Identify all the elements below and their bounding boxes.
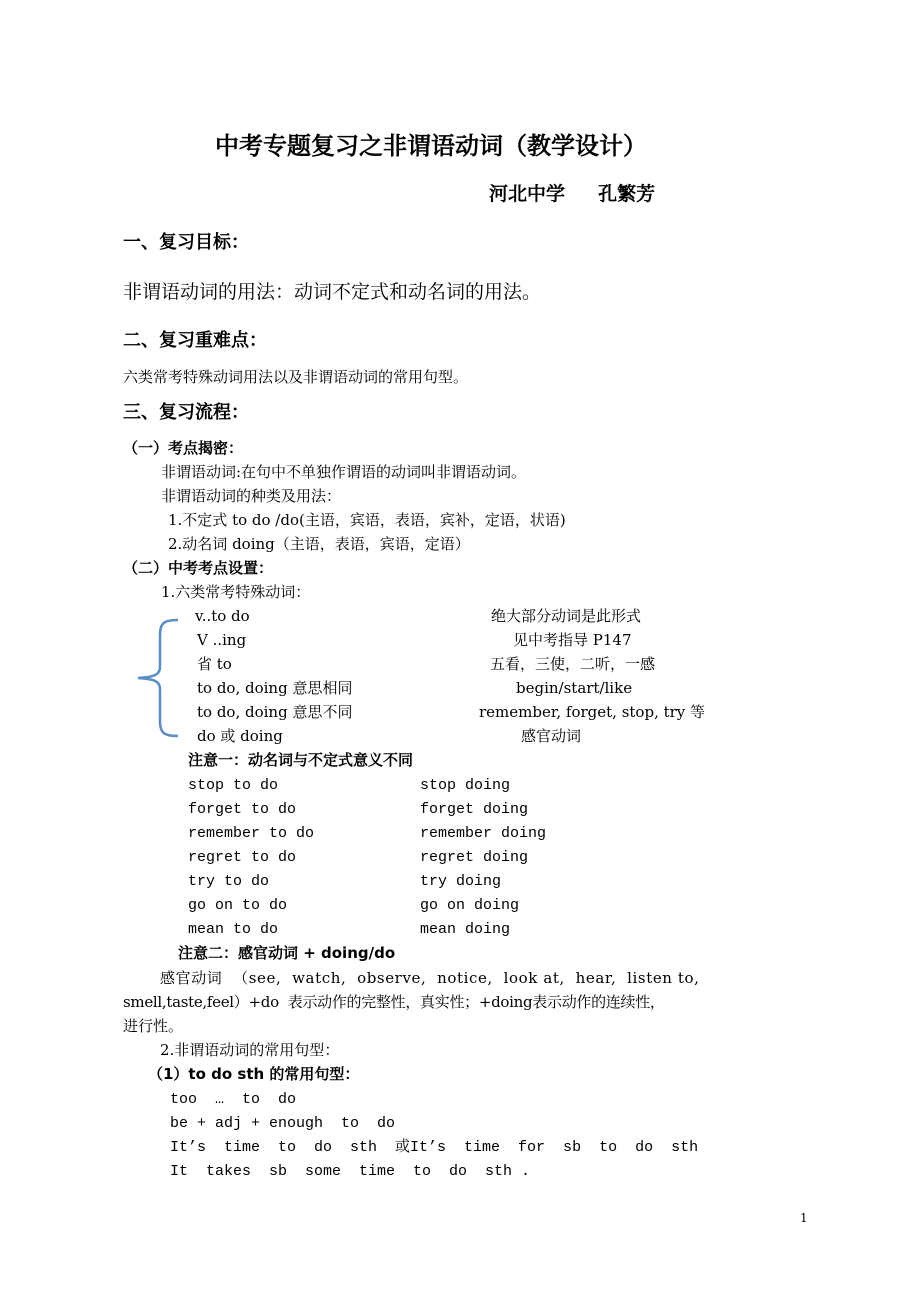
note2-line: 感官动词 （see, watch, observe, notice, look … xyxy=(160,971,700,986)
part1-line: 非谓语动词的种类及用法： xyxy=(161,489,341,504)
pair-left: forget to do xyxy=(188,802,296,817)
note2-heading: 注意二：感官动词 + doing/do xyxy=(178,946,395,961)
pattern-line: It’s time to do sth 或It’s time for sb to… xyxy=(170,1140,698,1155)
pair-right: regret doing xyxy=(420,850,528,865)
part1-line: 非谓语动词:在句中不单独作谓语的动词叫非谓语动词。 xyxy=(161,465,526,480)
pair-right: mean doing xyxy=(420,922,510,937)
pair-left: try to do xyxy=(188,874,269,889)
pair-right: try doing xyxy=(420,874,501,889)
verb-type-form: do 或 doing xyxy=(197,729,283,744)
verb-type-form: 省 to xyxy=(197,657,232,672)
part1-line: 2.动名词 doing（主语，表语，宾语，定语） xyxy=(168,537,470,552)
pair-left: mean to do xyxy=(188,922,278,937)
section-heading-process: 三、复习流程： xyxy=(123,404,249,422)
author-line: 河北中学 孔繁芳 xyxy=(489,185,655,204)
part2-sub1: 1.六类常考特殊动词： xyxy=(161,585,310,600)
section-heading-key-points: 二、复习重难点： xyxy=(123,332,267,350)
verb-type-note: 五看，三使，二听，一感 xyxy=(490,657,655,672)
goal-text: 非谓语动词的用法：动词不定式和动名词的用法。 xyxy=(123,283,541,302)
verb-type-note: 感官动词 xyxy=(521,729,581,744)
note2-line: smell,taste,feel）+do 表示动作的完整性，真实性；+doing… xyxy=(123,995,665,1010)
pattern-line: be + adj + enough to do xyxy=(170,1116,395,1131)
verb-type-note: begin/start/like xyxy=(516,681,632,696)
pattern-line: too … to do xyxy=(170,1092,296,1107)
part2-heading: （二）中考考点设置： xyxy=(123,561,273,576)
pair-right: go on doing xyxy=(420,898,519,913)
patterns-heading: （1）to do sth 的常用句型： xyxy=(148,1067,359,1082)
part1-heading: （一）考点揭密： xyxy=(123,441,243,456)
verb-type-form: v..to do xyxy=(195,609,250,624)
pair-right: remember doing xyxy=(420,826,546,841)
pair-left: go on to do xyxy=(188,898,287,913)
note2-line: 进行性。 xyxy=(123,1019,183,1034)
page-number: 1 xyxy=(800,1212,808,1224)
section-heading-goal: 一、复习目标： xyxy=(123,234,249,252)
pattern-line: It takes sb some time to do sth . xyxy=(170,1164,530,1179)
verb-type-note: 见中考指导 P147 xyxy=(513,633,632,648)
pair-left: regret to do xyxy=(188,850,296,865)
verb-type-form: to do, doing 意思不同 xyxy=(197,705,352,720)
part2-sub2: 2.非谓语动词的常用句型： xyxy=(160,1043,339,1058)
pair-left: stop to do xyxy=(188,778,278,793)
pair-right: forget doing xyxy=(420,802,528,817)
note1-heading: 注意一：动名词与不定式意义不同 xyxy=(188,753,413,768)
curly-brace-icon xyxy=(134,617,184,739)
verb-type-form: V ..ing xyxy=(197,633,246,648)
pair-right: stop doing xyxy=(420,778,510,793)
verb-type-note: 绝大部分动词是此形式 xyxy=(491,609,641,624)
key-points-text: 六类常考特殊动词用法以及非谓语动词的常用句型。 xyxy=(123,370,468,385)
part1-line: 1.不定式 to do /do(主语，宾语，表语，宾补，定语，状语) xyxy=(168,513,566,528)
document-title: 中考专题复习之非谓语动词（教学设计） xyxy=(215,134,647,158)
verb-type-note: remember, forget, stop, try 等 xyxy=(479,705,705,720)
verb-type-form: to do, doing 意思相同 xyxy=(197,681,352,696)
pair-left: remember to do xyxy=(188,826,314,841)
